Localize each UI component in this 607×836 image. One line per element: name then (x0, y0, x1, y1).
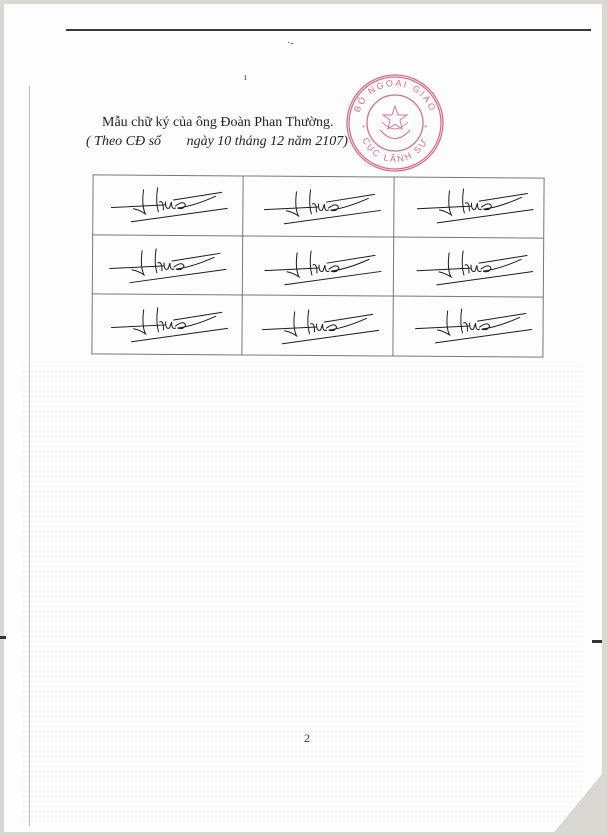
signature-row (92, 294, 543, 357)
handwritten-signature-icon (253, 178, 383, 229)
top-rule (66, 29, 591, 31)
margin-line (29, 86, 30, 826)
handwritten-signature-icon (253, 238, 383, 289)
decision-prefix: ( Theo CĐ số (86, 134, 161, 149)
scan-noise (22, 364, 582, 824)
signature-row (93, 175, 544, 238)
page-heading: Mẫu chữ ký của ông Đoàn Phan Thường. (102, 115, 334, 131)
signature-cell (92, 294, 243, 355)
official-stamp-icon: BỘ NGOẠI GIAO CỤC LÃNH SỰ * * (344, 72, 446, 174)
handwritten-signature-icon (103, 237, 233, 288)
handwritten-signature-icon (404, 179, 534, 230)
decision-date: ngày 10 tháng 12 năm 2107) (187, 134, 348, 149)
signature-table (91, 174, 544, 357)
signature-cell (93, 175, 244, 236)
handwritten-signature-icon (103, 177, 233, 228)
stray-mark: ı (244, 72, 247, 83)
edge-mark (0, 636, 6, 639)
handwritten-signature-icon (102, 297, 232, 348)
scanned-page: ·- ı Mẫu chữ ký của ông Đoàn Phan Thường… (4, 4, 602, 832)
signature-cell (393, 177, 544, 238)
handwritten-signature-icon (403, 299, 533, 350)
edge-mark (592, 640, 602, 643)
svg-text:BỘ NGOẠI GIAO: BỘ NGOẠI GIAO (352, 78, 438, 114)
svg-text:*: * (424, 124, 428, 132)
handwritten-signature-icon (403, 239, 533, 290)
handwritten-signature-icon (252, 298, 382, 349)
stray-mark: ·- (287, 38, 294, 49)
svg-text:CỤC LÃNH SỰ: CỤC LÃNH SỰ (360, 136, 429, 164)
signature-cell (243, 176, 394, 237)
signature-cell (393, 296, 544, 357)
signature-cell (243, 236, 394, 297)
signature-cell (242, 295, 393, 356)
decision-reference: ( Theo CĐ số ngày 10 tháng 12 năm 2107) (86, 134, 348, 150)
svg-text:*: * (362, 124, 366, 132)
signature-row (92, 235, 543, 298)
page-number: 2 (304, 731, 310, 746)
signature-cell (92, 235, 243, 296)
signature-cell (393, 237, 544, 298)
